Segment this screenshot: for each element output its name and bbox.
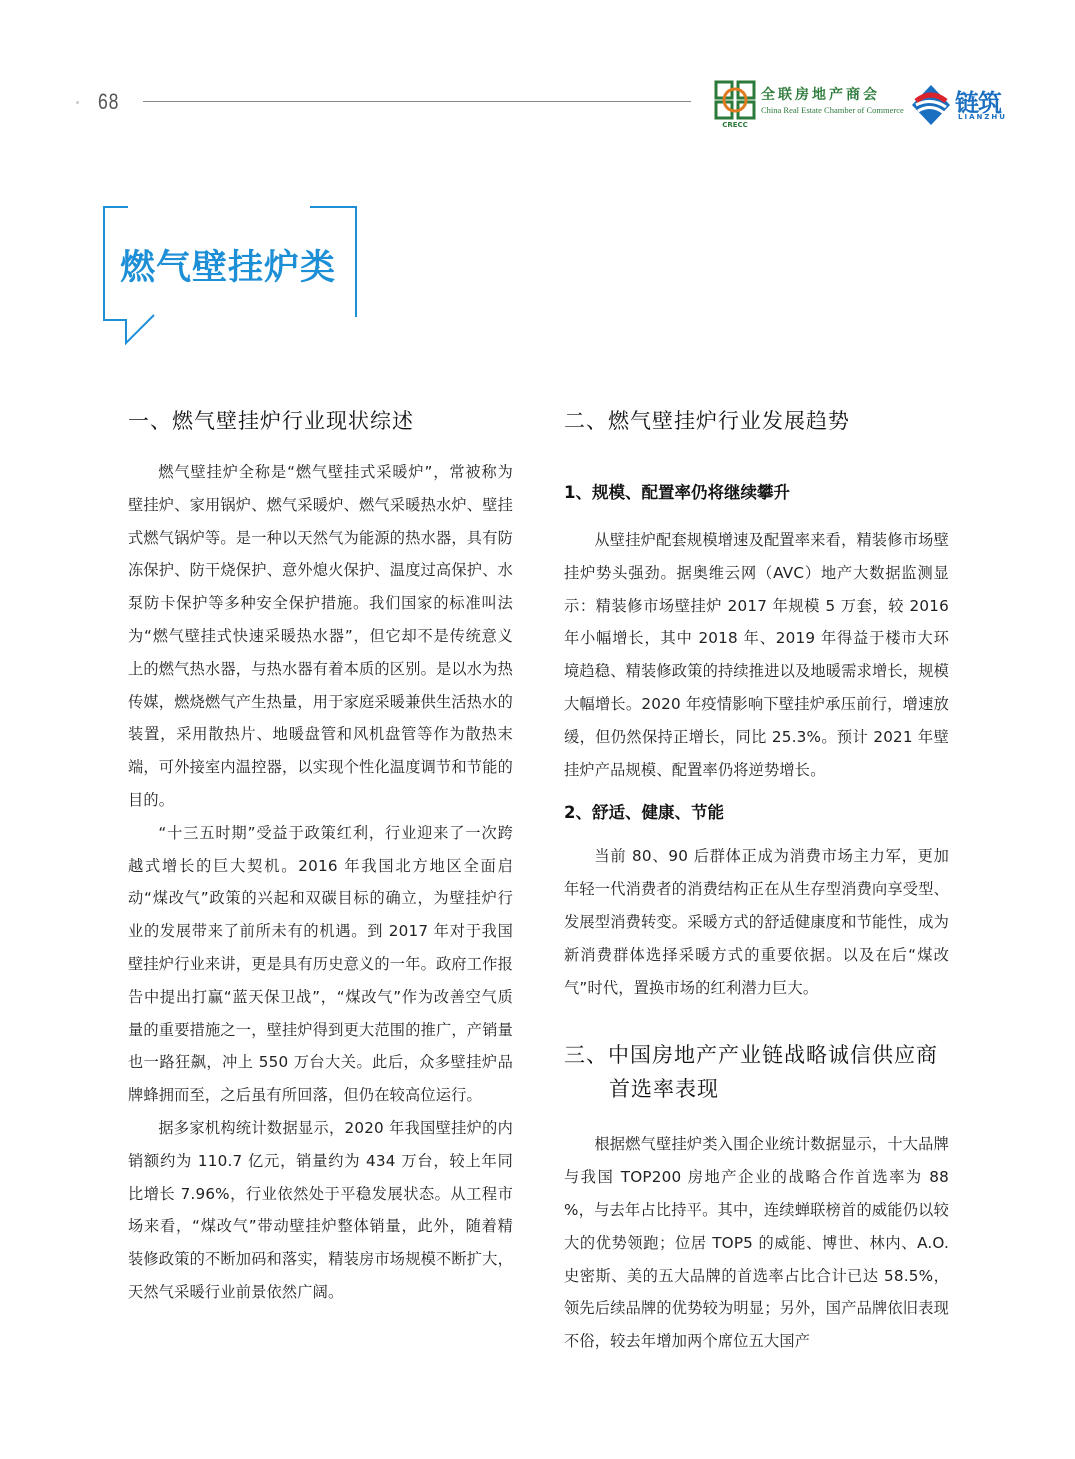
page-header: 68 CRECC 全联房地产商会 China Real Estate Chamb… — [0, 75, 1075, 135]
subheading-1: 1、规模、配置率仍将继续攀升 — [564, 478, 949, 508]
left-column: 一、燃气壁挂炉行业现状综述 燃气壁挂炉全称是“燃气壁挂式采暖炉”，常被称为壁挂炉… — [128, 404, 513, 1309]
crecc-name-en: China Real Estate Chamber of Commerce — [761, 105, 904, 115]
paragraph: 从壁挂炉配套规模增速及配置率来看，精装修市场壁挂炉势头强劲。据奥维云网（AVC）… — [564, 524, 949, 786]
paragraph: 据多家机构统计数据显示，2020 年我国壁挂炉的内销额约为 110.7 亿元，销… — [128, 1112, 513, 1309]
subheading-2: 2、舒适、健康、节能 — [564, 798, 949, 828]
crecc-logo-icon: CRECC — [714, 80, 756, 128]
lianzhu-logo-icon — [908, 83, 954, 127]
crecc-name-cn: 全联房地产商会 — [761, 84, 880, 104]
right-column: 二、燃气壁挂炉行业发展趋势 1、规模、配置率仍将继续攀升 从壁挂炉配套规模增速及… — [564, 404, 949, 1358]
section-heading-3: 三、中国房地产产业链战略诚信供应商首选率表现 — [564, 1038, 949, 1106]
page-number: 68 — [98, 89, 119, 115]
section-heading-2: 二、燃气壁挂炉行业发展趋势 — [564, 404, 949, 438]
decorative-dot — [76, 101, 79, 104]
header-divider — [143, 101, 691, 102]
category-title: 燃气壁挂炉类 — [120, 240, 336, 290]
svg-text:CRECC: CRECC — [722, 121, 748, 128]
lianzhu-name-en: LIANZHU — [958, 113, 1007, 121]
paragraph: “十三五时期”受益于政策红利，行业迎来了一次跨越式增长的巨大契机。2016 年我… — [128, 817, 513, 1112]
paragraph: 根据燃气壁挂炉类入围企业统计数据显示，十大品牌与我国 TOP200 房地产企业的… — [564, 1128, 949, 1358]
paragraph: 燃气壁挂炉全称是“燃气壁挂式采暖炉”，常被称为壁挂炉、家用锅炉、燃气采暖炉、燃气… — [128, 456, 513, 817]
paragraph: 当前 80、90 后群体正成为消费市场主力军，更加年轻一代消费者的消费结构正在从… — [564, 840, 949, 1004]
section-heading-1: 一、燃气壁挂炉行业现状综述 — [128, 404, 513, 438]
